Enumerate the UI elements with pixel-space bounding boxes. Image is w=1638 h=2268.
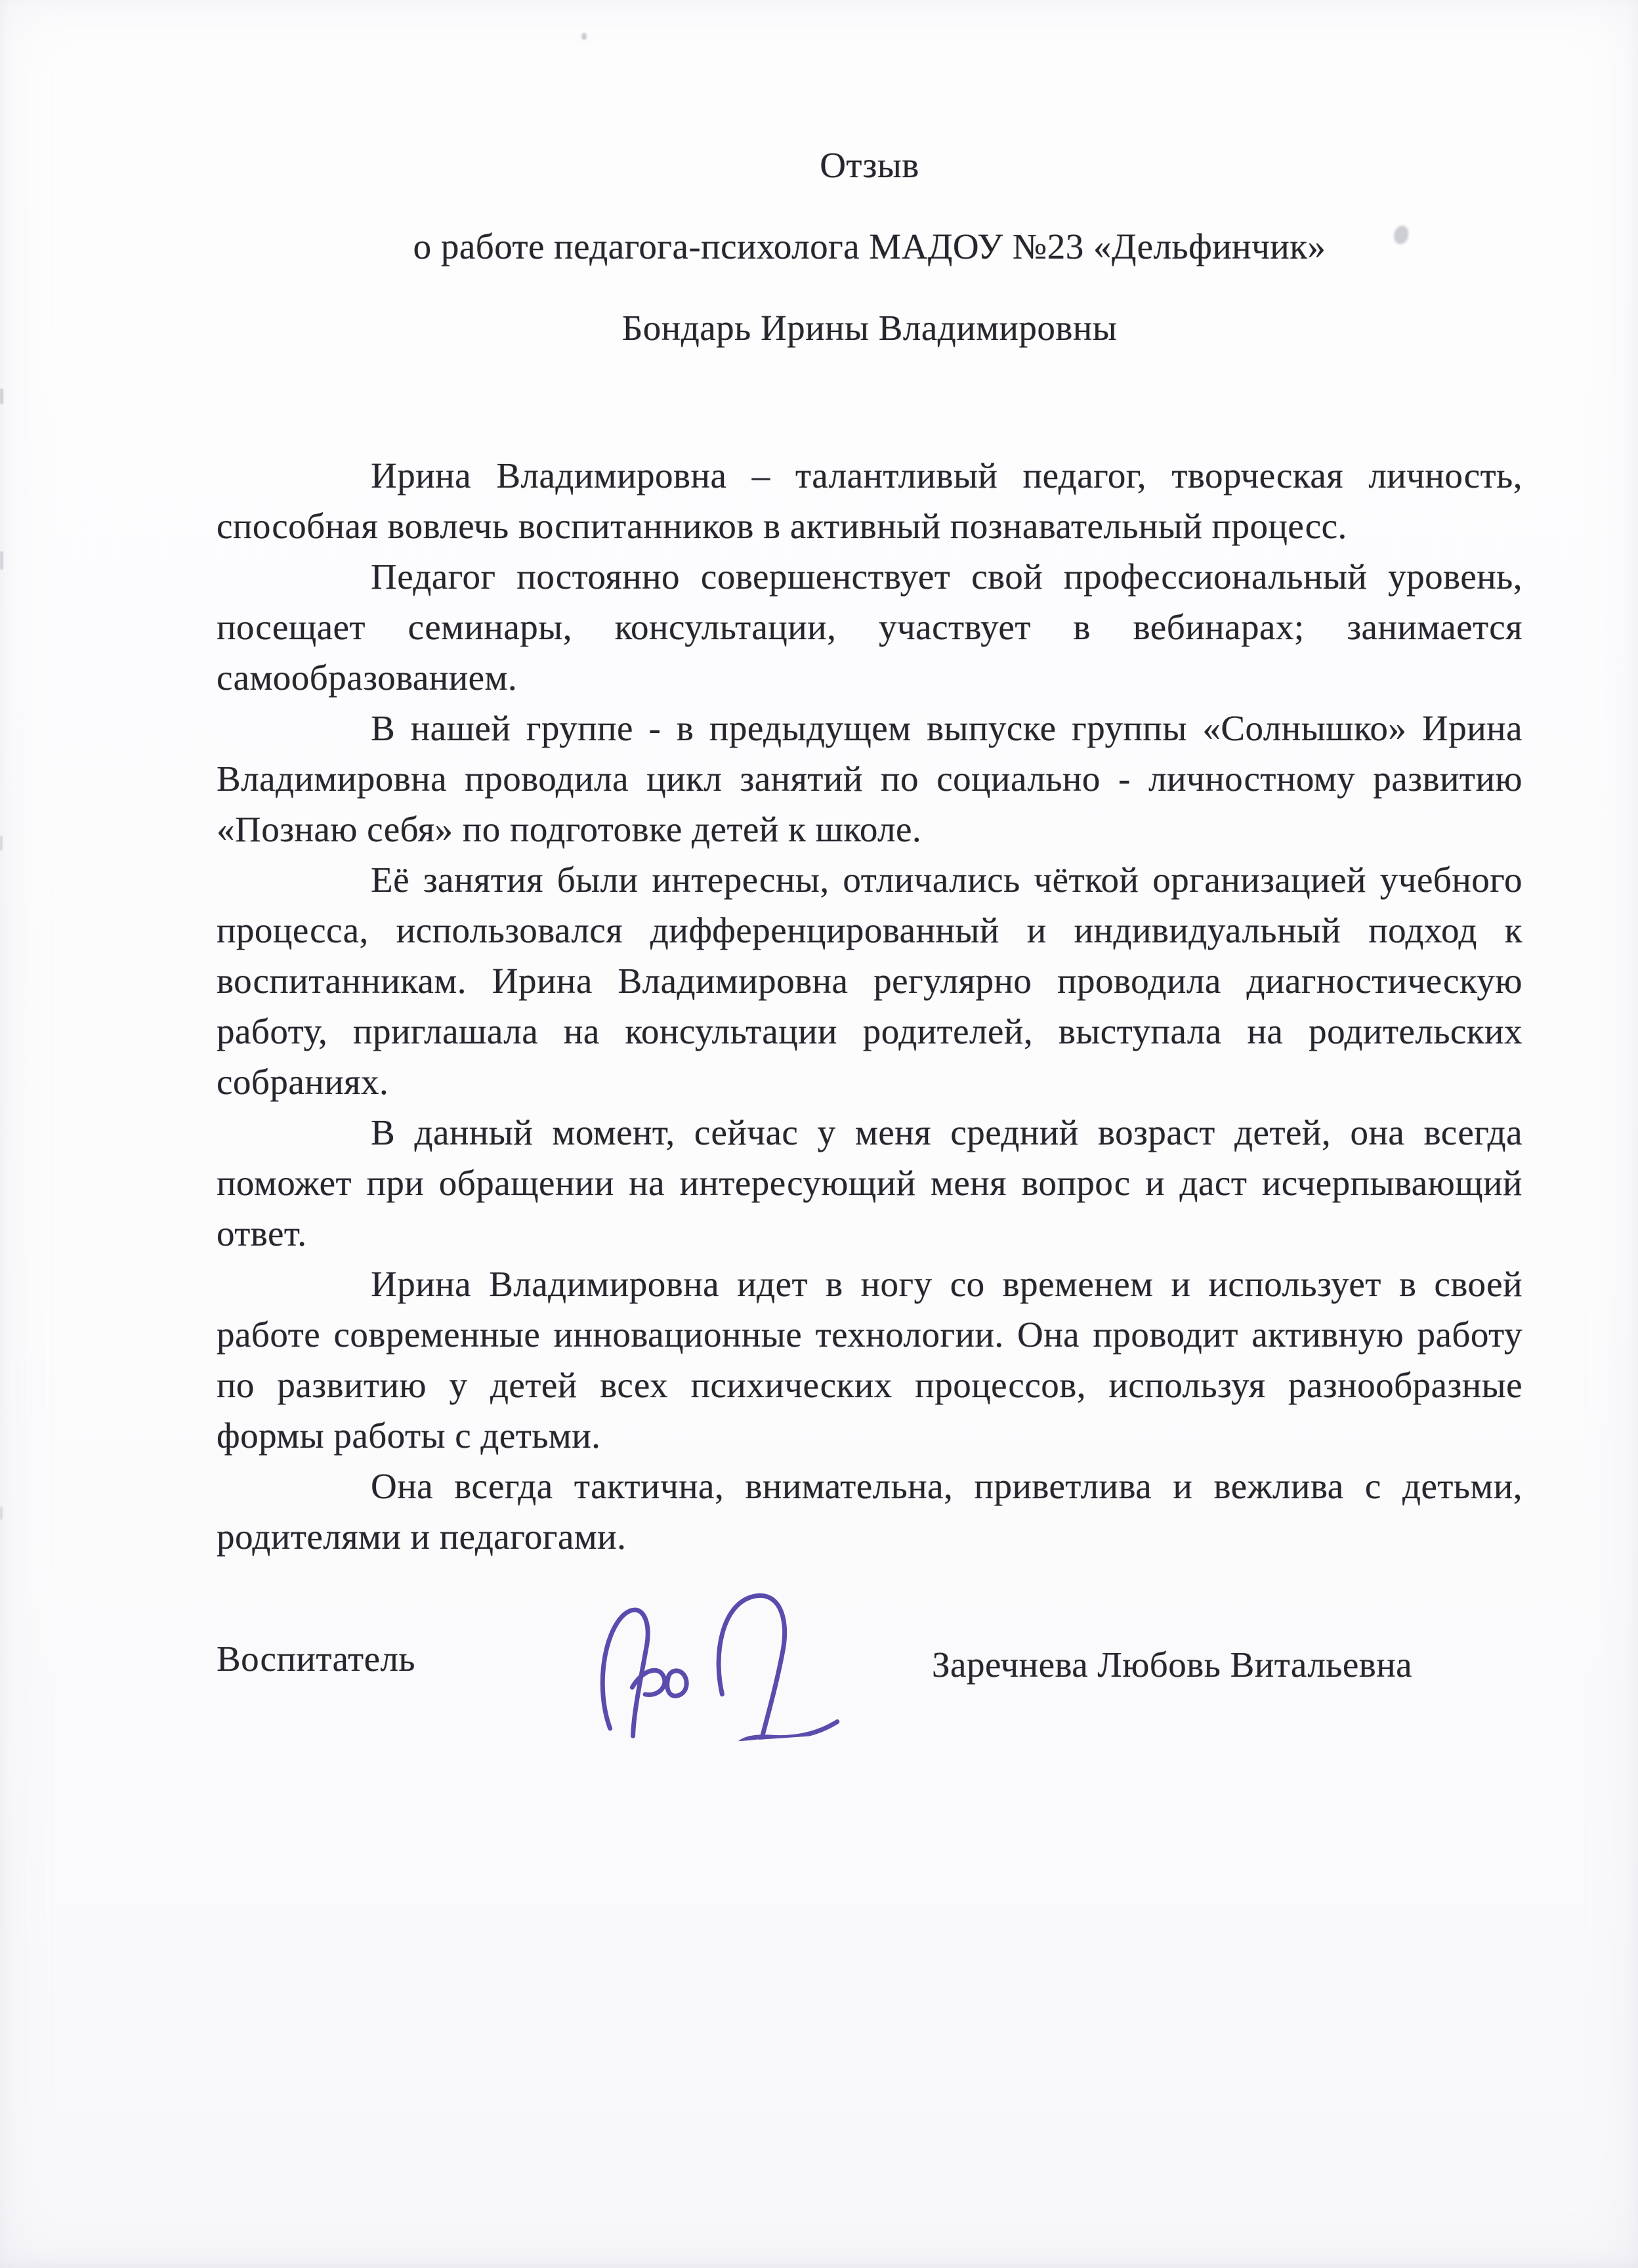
signature-block: Воспитатель Заречнева Любовь Витальевна — [217, 1633, 1522, 1804]
document-header: Отзыв о работе педагога-психолога МАДОУ … — [217, 125, 1522, 369]
signature-stroke-left — [597, 1606, 690, 1738]
handwritten-signature-icon — [549, 1572, 868, 1753]
paragraph: Ирина Владимировна идет в ногу со времен… — [217, 1259, 1522, 1461]
paragraph: В нашей группе - в предыдущем выпуске гр… — [217, 703, 1522, 854]
document-subject-name: Бондарь Ирины Владимировны — [217, 287, 1522, 369]
document-body: Ирина Владимировна – талантливый педагог… — [217, 450, 1522, 1562]
paragraph: Она всегда тактична, внимательна, привет… — [217, 1461, 1522, 1562]
document-title: Отзыв — [217, 125, 1522, 206]
document-content: Отзыв о работе педагога-психолога МАДОУ … — [0, 125, 1638, 1562]
paragraph: Её занятия были интересны, отличались чё… — [217, 854, 1522, 1107]
signature-role-label: Воспитатель — [217, 1633, 415, 1684]
paragraph: Ирина Владимировна – талантливый педагог… — [217, 450, 1522, 551]
signature-signer-name: Заречнева Любовь Витальевна — [932, 1639, 1412, 1690]
paragraph: Педагог постоянно совершенствует свой пр… — [217, 551, 1522, 703]
scanned-document-page: Отзыв о работе педагога-психолога МАДОУ … — [0, 0, 1638, 2268]
scan-artifact-dot — [581, 33, 587, 40]
document-subtitle: о работе педагога-психолога МАДОУ №23 «Д… — [217, 206, 1522, 287]
signature-stroke-flourish — [714, 1591, 839, 1753]
paragraph: В данный момент, сейчас у меня средний в… — [217, 1107, 1522, 1259]
